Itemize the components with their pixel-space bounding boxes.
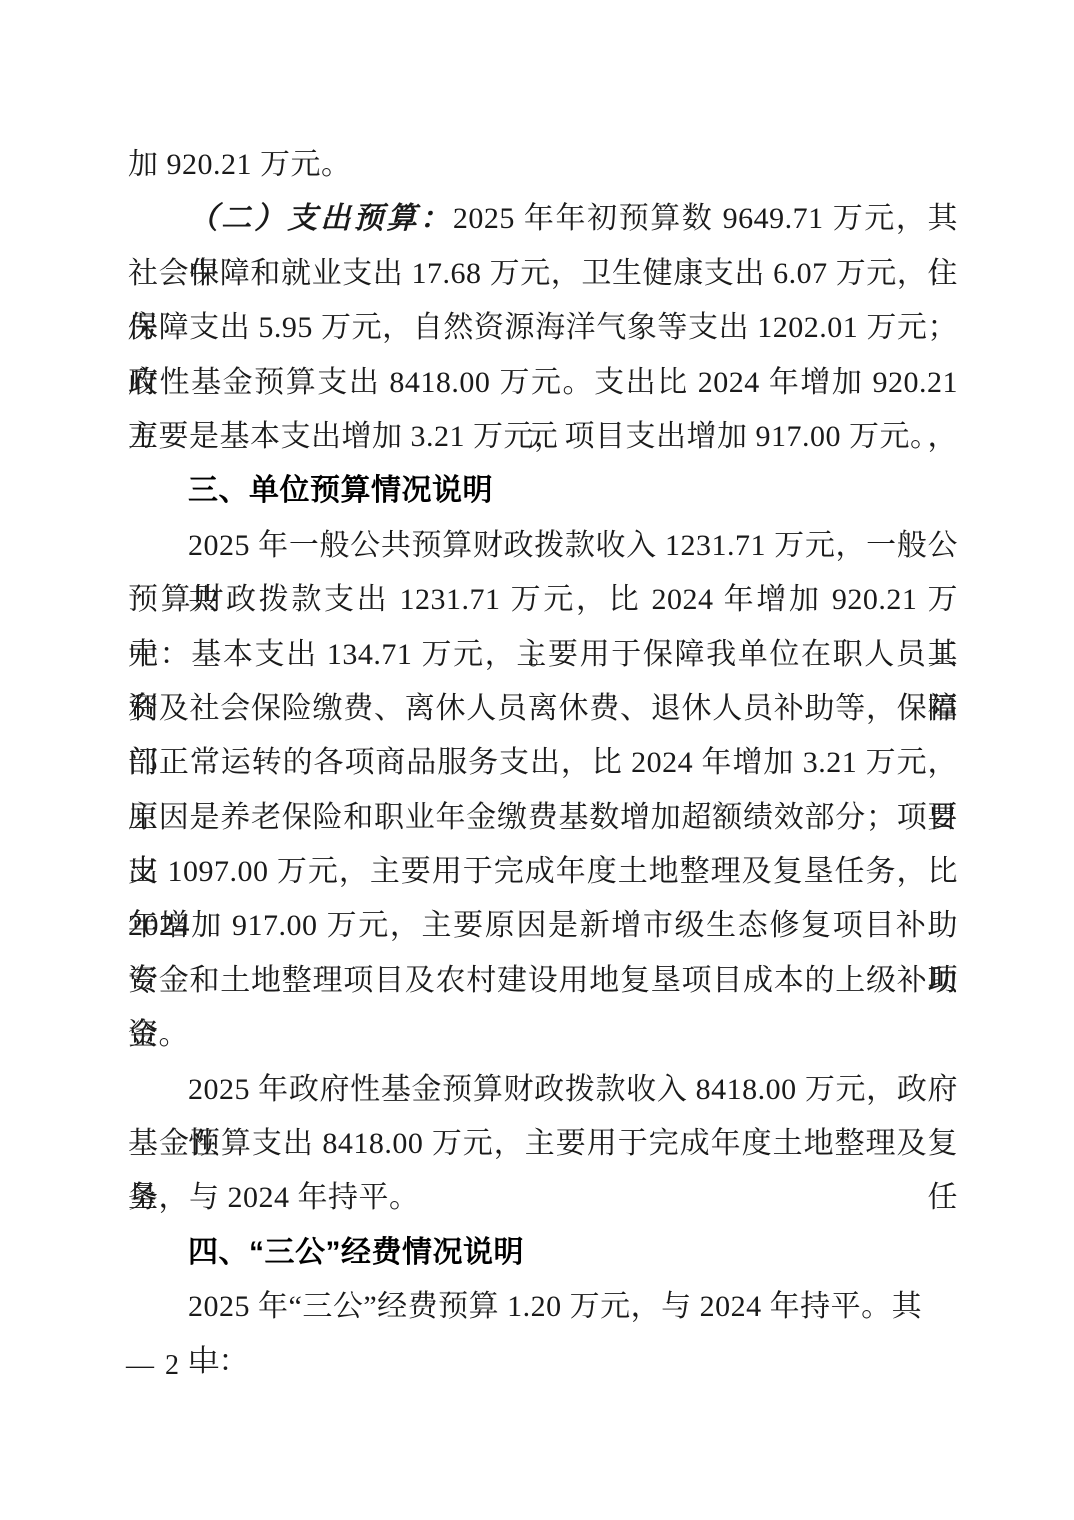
section-heading: 三、单位预算情况说明 bbox=[128, 464, 958, 518]
text-line: 门正常运转的各项商品服务支出，比 2024 年增加 3.21 万元，主要 bbox=[128, 736, 958, 790]
footer-page-number: — 2 — bbox=[126, 1350, 220, 1382]
text-line: 中：基本支出 134.71 万元，主要用于保障我单位在职人员工资福 bbox=[128, 628, 958, 682]
text-line: 2025 年“三公”经费预算 1.20 万元，与 2024 年持平。其中： bbox=[128, 1280, 958, 1334]
document-lines: 加 920.21 万元。（二）支出预算：2025 年年初预算数 9649.71 … bbox=[128, 138, 958, 1335]
text-line: （二）支出预算：2025 年年初预算数 9649.71 万元，其中： bbox=[128, 192, 958, 246]
text-line: 社会保障和就业支出 17.68 万元，卫生健康支出 6.07 万元，住房 bbox=[128, 247, 958, 301]
text-line: 金。 bbox=[128, 1008, 958, 1062]
text-line: 主要是基本支出增加 3.21 万元，项目支出增加 917.00 万元。 bbox=[128, 410, 958, 464]
text-line: 原因是养老保险和职业年金缴费基数增加超额绩效部分；项目支 bbox=[128, 791, 958, 845]
section-heading: 四、“三公”经费情况说明 bbox=[128, 1226, 958, 1280]
text-line: 基金预算支出 8418.00 万元，主要用于完成年度土地整理及复垦任 bbox=[128, 1117, 958, 1171]
text-line: 利及社会保险缴费、离休人员离休费、退休人员补助等，保障部 bbox=[128, 682, 958, 736]
text-line: 年增加 917.00 万元，主要原因是新增市级生态修复项目补助专项 bbox=[128, 899, 958, 953]
text-line: 加 920.21 万元。 bbox=[128, 138, 958, 192]
text-line: 预算财政拨款支出 1231.71 万元，比 2024 年增加 920.21 万元… bbox=[128, 573, 958, 627]
text-line: 2025 年政府性基金预算财政拨款收入 8418.00 万元，政府性 bbox=[128, 1063, 958, 1117]
paragraph-lead: （二）支出预算： bbox=[188, 202, 453, 235]
text-line: 府性基金预算支出 8418.00 万元。支出比 2024 年增加 920.21 … bbox=[128, 356, 958, 410]
text-line: 资金和土地整理项目及农村建设用地复垦项目成本的上级补助资 bbox=[128, 954, 958, 1008]
text-line: 2025 年一般公共预算财政拨款收入 1231.71 万元，一般公共 bbox=[128, 519, 958, 573]
text-line: 保障支出 5.95 万元，自然资源海洋气象等支出 1202.01 万元；政 bbox=[128, 301, 958, 355]
document-page: 加 920.21 万元。（二）支出预算：2025 年年初预算数 9649.71 … bbox=[0, 0, 1074, 1520]
text-line: 出 1097.00 万元，主要用于完成年度土地整理及复垦任务，比 2024 bbox=[128, 845, 958, 899]
